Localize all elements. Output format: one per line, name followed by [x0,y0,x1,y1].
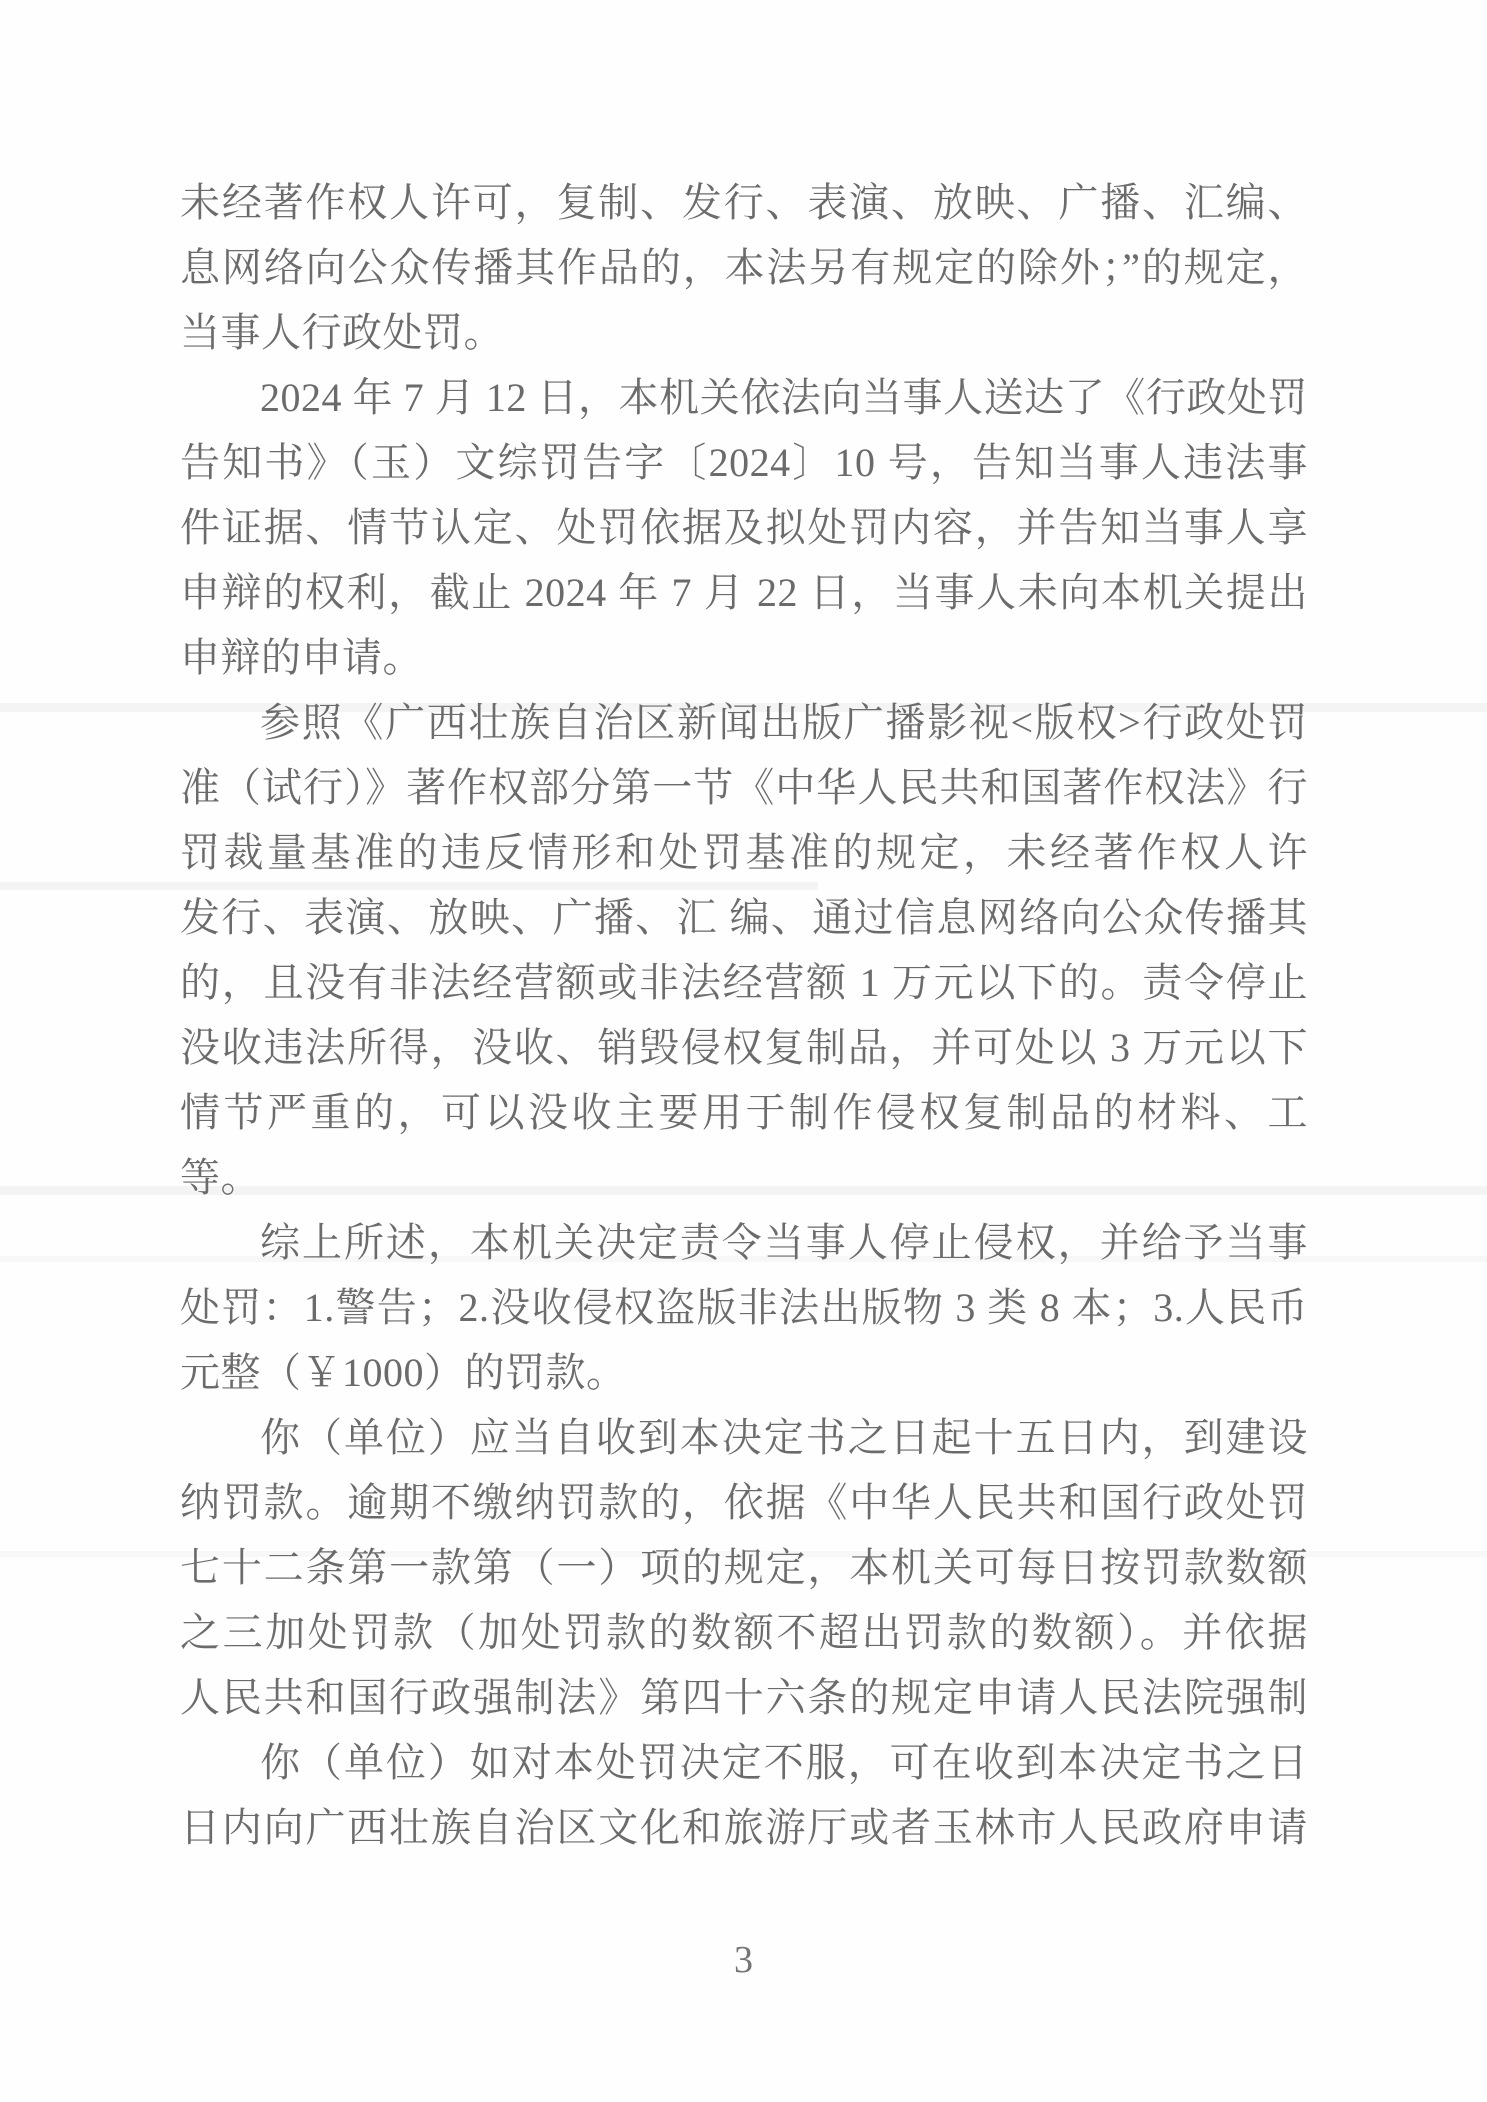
text-line: 没收违法所得，没收、销毁侵权复制品，并可处以 3 万元以下罚款。 [180,1015,1308,1080]
text-line: 发行、表演、放映、广播、汇 编、通过信息网络向公众传播其作品 [180,885,1308,950]
text-line: 参照《广西壮族自治区新闻出版广播影视<版权>行政处罚裁量基 [180,690,1308,755]
text-line: 未经著作权人许可，复制、发行、表演、放映、广播、汇编、通过信 [180,170,1308,235]
text-line: 元整（￥1000）的罚款。 [180,1340,1308,1405]
text-line: 告知书》（玉）文综罚告字〔2024〕10 号，告知当事人违法事实、案 [180,430,1308,495]
text-line: 处罚：1.警告；2.没收侵权盗版非法出版物 3 类 8 本；3.人民币壹仟 [180,1275,1308,1340]
text-line: 之三加处罚款（加处罚款的数额不超出罚款的数额）。并依据《中华 [180,1600,1308,1665]
text-line: 息网络向公众传播其作品的，本法另有规定的除外；”的规定，给予 [180,235,1308,300]
text-line: 纳罚款。逾期不缴纳罚款的，依据《中华人民共和国行政处罚法》第 [180,1470,1308,1535]
text-line: 当事人行政处罚。 [180,300,1308,365]
text-line: 日内向广西壮族自治区文化和旅游厅或者玉林市人民政府申请行政 [180,1795,1308,1860]
text-line: 罚裁量基准的违反情形和处罚基准的规定，未经著作权人许可，复制、 [180,820,1308,885]
text-line: 七十二条第一款第（一）项的规定，本机关可每日按罚款数额的百分 [180,1535,1308,1600]
text-line: 人民共和国行政强制法》第四十六条的规定申请人民法院强制执行。 [180,1665,1308,1730]
text-line: 申辩的权利，截止 2024 年 7 月 22 日，当事人未向本机关提出陈述、 [180,560,1308,625]
text-line: 你（单位）如对本处罚决定不服，可在收到本决定书之日起六十 [180,1730,1308,1795]
text-line: 情节严重的，可以没收主要用于制作侵权复制品的材料、工具、设备 [180,1080,1308,1145]
text-line: 综上所述，本机关决定责令当事人停止侵权，并给予当事人行政 [180,1210,1308,1275]
text-line: 准（试行）》著作权部分第一节《中华人民共和国著作权法》行政处 [180,755,1308,820]
text-line: 2024 年 7 月 12 日，本机关依法向当事人送达了《行政处罚事先 [180,365,1308,430]
document-page: 未经著作权人许可，复制、发行、表演、放映、广播、汇编、通过信 息网络向公众传播其… [0,0,1487,2102]
text-line: 件证据、情节认定、处罚依据及拟处罚内容，并告知当事人享有陈述、 [180,495,1308,560]
text-line: 你（单位）应当自收到本决定书之日起十五日内，到建设银行缴 [180,1405,1308,1470]
text-line: 的，且没有非法经营额或非法经营额 1 万元以下的。责令停止侵权， [180,950,1308,1015]
text-line: 等。 [180,1145,1308,1210]
page-number: 3 [0,1938,1487,1982]
text-line: 申辩的申请。 [180,625,1308,690]
body-text: 未经著作权人许可，复制、发行、表演、放映、广播、汇编、通过信 息网络向公众传播其… [180,170,1308,1860]
